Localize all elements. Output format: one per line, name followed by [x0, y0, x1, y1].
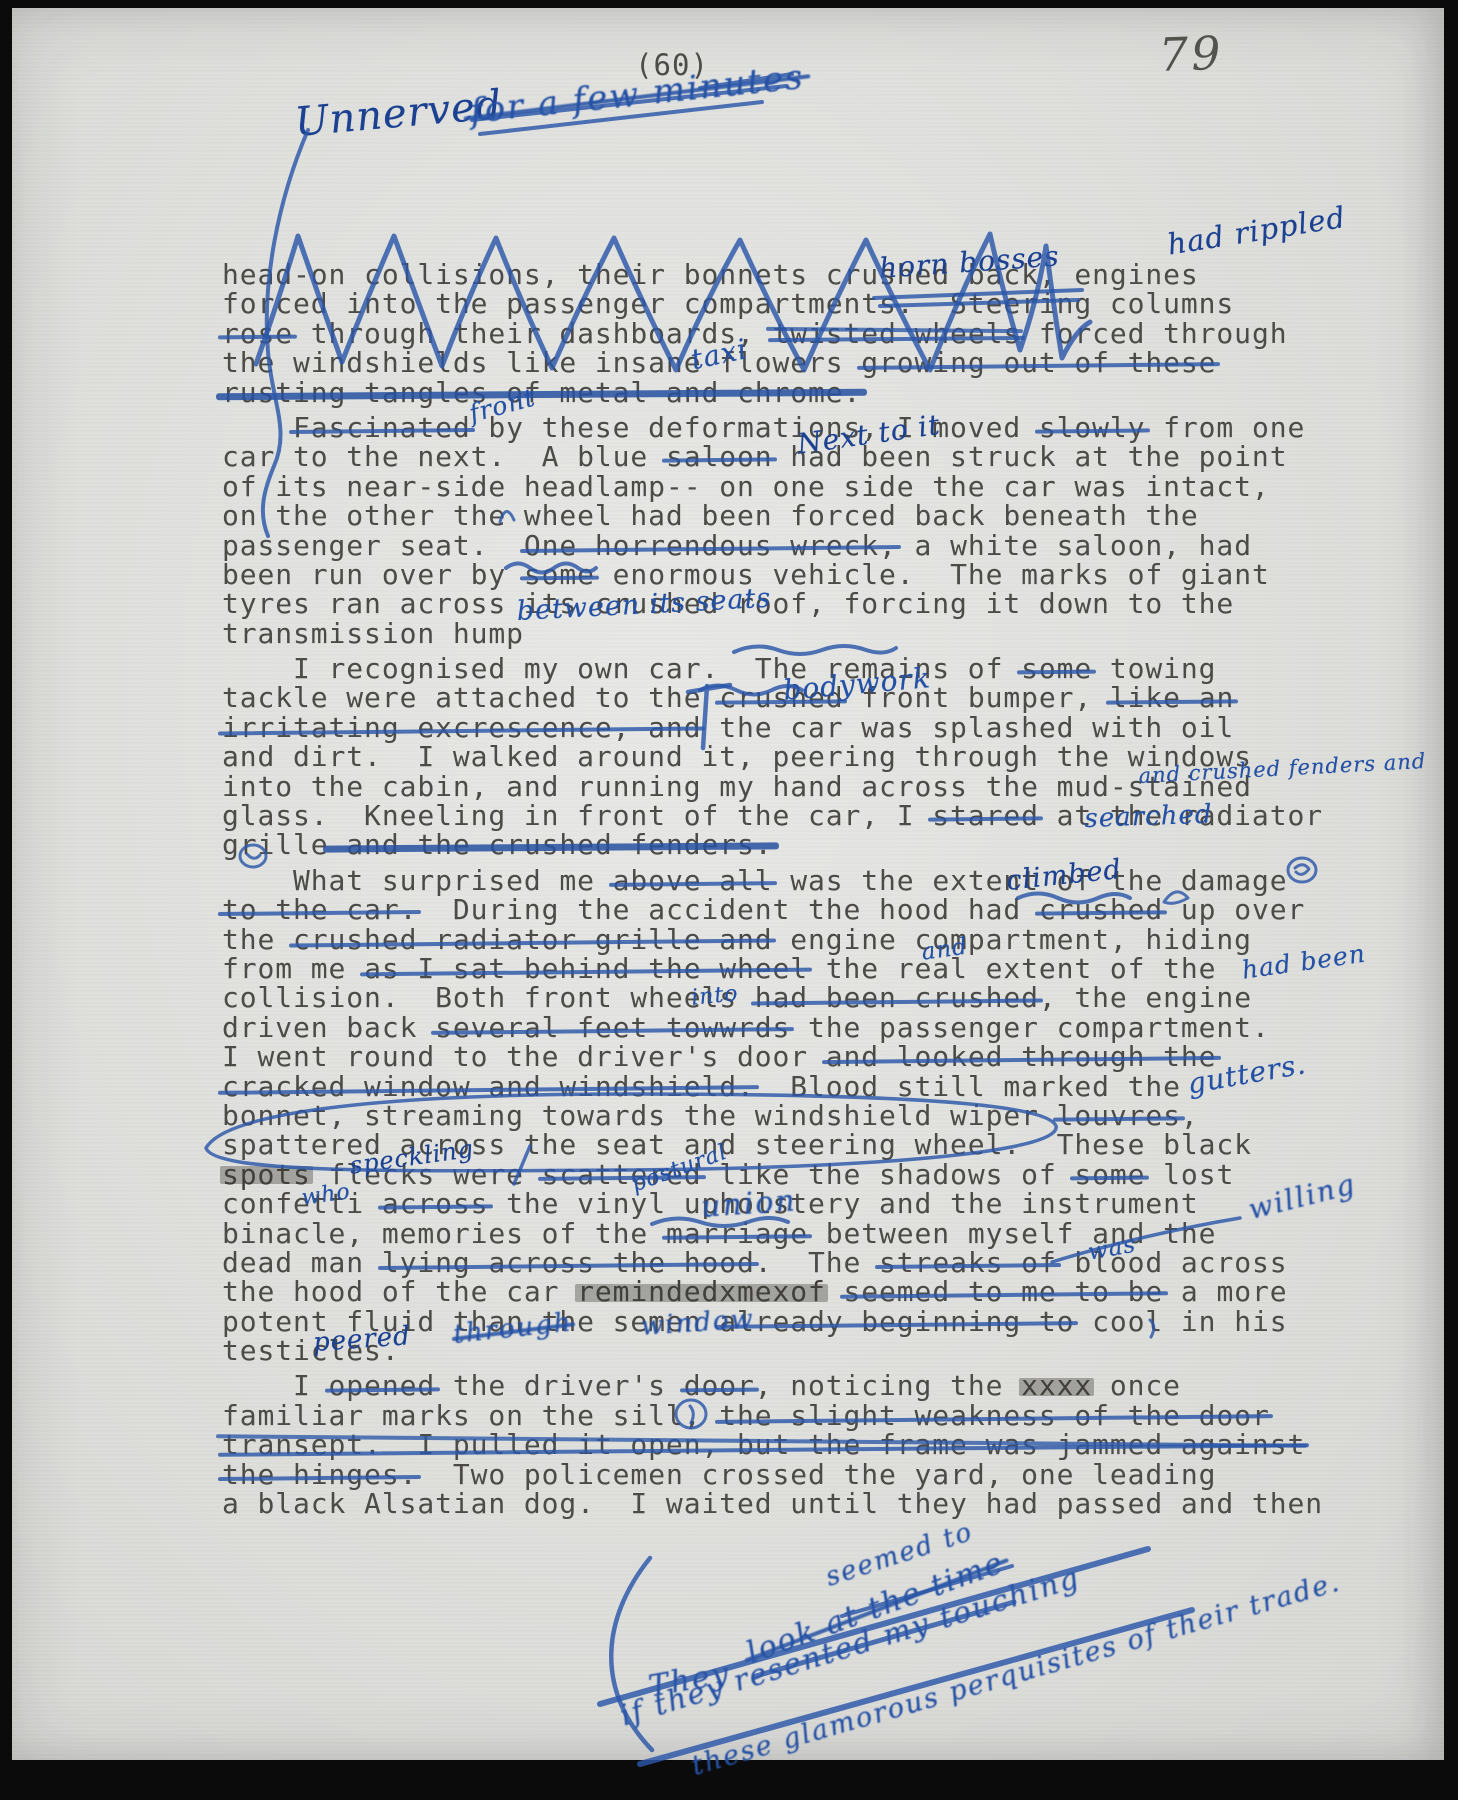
typed-line: been run over by some enormous vehicle. …: [222, 560, 1323, 589]
typed-line: cracked window and windshield. Blood sti…: [222, 1072, 1323, 1101]
typed-line: tackle were attached to the crushed fron…: [222, 683, 1323, 712]
typed-line: familiar marks on the sill, the slight w…: [222, 1401, 1323, 1430]
typed-page-number: (60): [572, 48, 772, 82]
typed-line: confetti across the vinyl upholstery and…: [222, 1189, 1323, 1218]
typed-line: and dirt. I walked around it, peering th…: [222, 742, 1323, 771]
typed-line: spattered across the seat and steering w…: [222, 1130, 1323, 1159]
scanned-manuscript-page: (60) head-on collisions, their bonnets c…: [0, 0, 1458, 1800]
typed-line: irritating excrescence, and the car was …: [222, 713, 1323, 742]
typed-line: forced into the passenger compartments. …: [222, 289, 1323, 318]
typed-line: transept. I pulled it open, but the fram…: [222, 1430, 1323, 1459]
typed-line: dead man lying across the hood. The stre…: [222, 1248, 1323, 1277]
typed-line: collision. Both front wheels had been cr…: [222, 983, 1323, 1012]
typed-line: a black Alsatian dog. I waited until the…: [222, 1489, 1323, 1518]
typed-line: I recognised my own car. The remains of …: [222, 654, 1323, 683]
typed-line: the hinges. Two policemen crossed the ya…: [222, 1460, 1323, 1489]
typed-line: tyres ran across its crushed roof, forci…: [222, 589, 1323, 618]
typed-line: to the car. During the accident the hood…: [222, 895, 1323, 924]
typed-line: rose through their dashboards, twisted w…: [222, 319, 1323, 348]
typed-line: car to the next. A blue saloon had been …: [222, 442, 1323, 471]
typed-line: I opened the driver's door, noticing the…: [222, 1371, 1323, 1400]
paper-sheet: (60) head-on collisions, their bonnets c…: [12, 8, 1444, 1760]
typed-line: passenger seat. One horrendous wreck, a …: [222, 531, 1323, 560]
typed-line: into the cabin, and running my hand acro…: [222, 772, 1323, 801]
typed-line: head-on collisions, their bonnets crushe…: [222, 260, 1323, 289]
typed-line: rusting tangles of metal and chrome.: [222, 378, 1323, 407]
typed-line: bonnet, streaming towards the windshield…: [222, 1101, 1323, 1130]
typed-line: glass. Kneeling in front of the car, I s…: [222, 801, 1323, 830]
typed-line: the windshields like insane flowers grow…: [222, 348, 1323, 377]
typed-line: transmission hump: [222, 619, 1323, 648]
typed-line: the crushed radiator grille and engine c…: [222, 925, 1323, 954]
typed-line: driven back several feet towwrds the pas…: [222, 1013, 1323, 1042]
typed-line: potent fluid than the semen already begi…: [222, 1307, 1323, 1336]
typed-line: of its near-side headlamp-- on one side …: [222, 472, 1323, 501]
typed-line: Fascinated by these deformations, I move…: [222, 413, 1323, 442]
typed-text-block: head-on collisions, their bonnets crushe…: [222, 260, 1323, 1518]
typed-line: on the other the wheel had been forced b…: [222, 501, 1323, 530]
typed-line: the hood of the car remindedxmexof seeme…: [222, 1277, 1323, 1306]
typed-line: What surprised me above all was the exte…: [222, 866, 1323, 895]
typed-line: from me as I sat behind the wheel the re…: [222, 954, 1323, 983]
typed-line: grille and the crushed fenders.: [222, 830, 1323, 859]
typed-line: I went round to the driver's door and lo…: [222, 1042, 1323, 1071]
typed-line: testicles.: [222, 1336, 1323, 1365]
typed-line: binacle, memories of the marriage betwee…: [222, 1219, 1323, 1248]
typed-line: spots flecks were scattered like the sha…: [222, 1160, 1323, 1189]
